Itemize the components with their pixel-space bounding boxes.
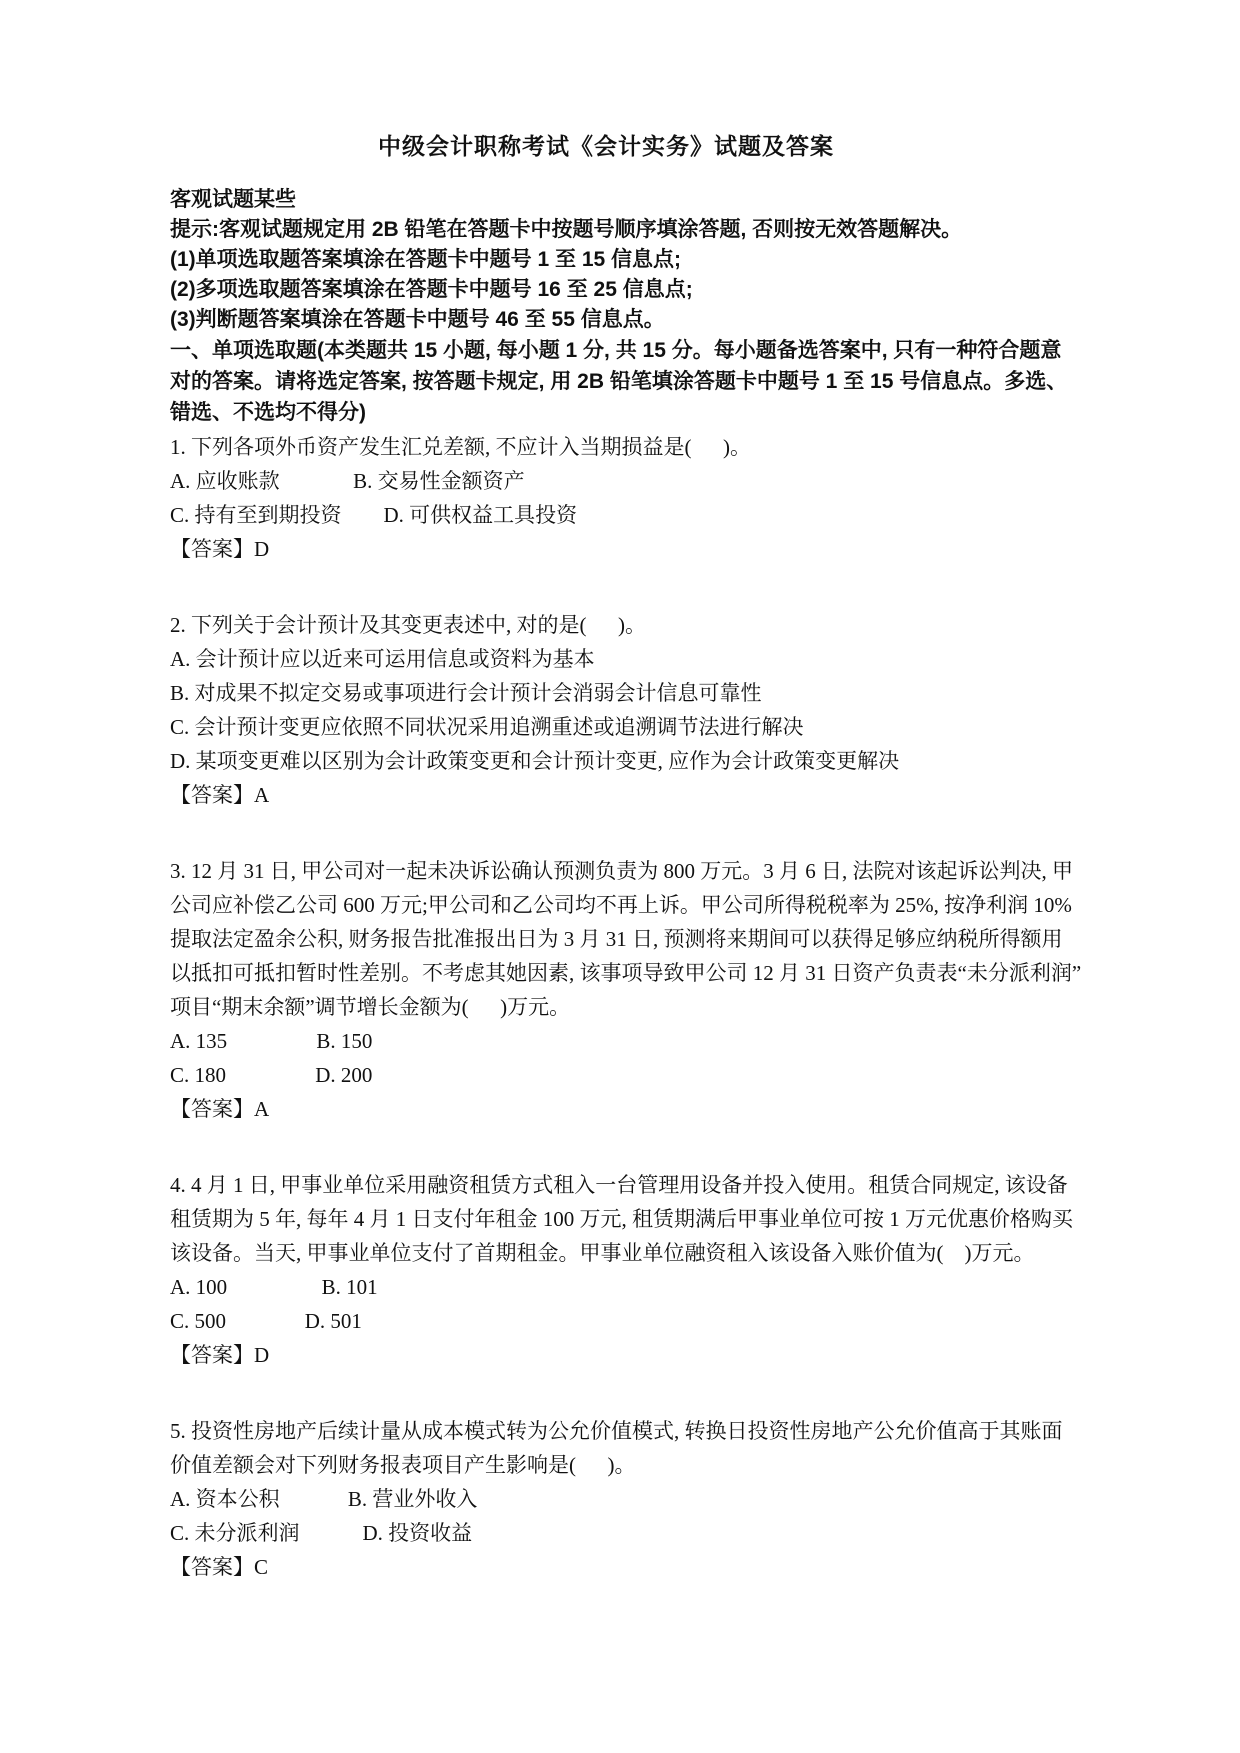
answer-label: 【答案】 — [170, 1555, 254, 1579]
answer-value: A — [254, 783, 269, 807]
answer-line: 【答案】D — [170, 532, 1082, 566]
option-row: C. 500 D. 501 — [170, 1304, 1082, 1338]
answer-label: 【答案】 — [170, 537, 254, 561]
answer-line: 【答案】A — [170, 778, 1082, 812]
question-stem: 4. 4 月 1 日, 甲事业单位采用融资租赁方式租入一台管理用设备并投入使用。… — [170, 1168, 1082, 1270]
instruction-line-multi-choice: (2)多项选取题答案填涂在答题卡中题号 16 至 25 信息点; — [170, 275, 1082, 305]
part-one-heading: 一、单项选取题(本类题共 15 小题, 每小题 1 分, 共 15 分。每小题备… — [170, 335, 1082, 428]
option-row: D. 某项变更难以区别为会计政策变更和会计预计变更, 应作为会计政策变更解决 — [170, 744, 1082, 778]
option-row: C. 未分派利润 D. 投资收益 — [170, 1516, 1082, 1550]
option-row: C. 180 D. 200 — [170, 1058, 1082, 1092]
option-row: A. 应收账款 B. 交易性金额资产 — [170, 464, 1082, 498]
option-row: A. 100 B. 101 — [170, 1270, 1082, 1304]
option-row: C. 持有至到期投资 D. 可供权益工具投资 — [170, 498, 1082, 532]
question-block-4: 4. 4 月 1 日, 甲事业单位采用融资租赁方式租入一台管理用设备并投入使用。… — [170, 1168, 1082, 1372]
answer-line: 【答案】D — [170, 1338, 1082, 1372]
answer-line: 【答案】A — [170, 1092, 1082, 1126]
option-row: B. 对成果不拟定交易或事项进行会计预计会消弱会计信息可靠性 — [170, 676, 1082, 710]
option-row: A. 资本公积 B. 营业外收入 — [170, 1482, 1082, 1516]
notice-line: 提示:客观试题规定用 2B 铅笔在答题卡中按题号顺序填涂答题, 否则按无效答题解… — [170, 215, 1082, 245]
instruction-line-single-choice: (1)单项选取题答案填涂在答题卡中题号 1 至 15 信息点; — [170, 245, 1082, 275]
question-stem: 3. 12 月 31 日, 甲公司对一起未决诉讼确认预测负责为 800 万元。3… — [170, 854, 1082, 1024]
answer-value: A — [254, 1097, 269, 1121]
answer-line: 【答案】C — [170, 1550, 1082, 1584]
instruction-line-judgment: (3)判断题答案填涂在答题卡中题号 46 至 55 信息点。 — [170, 305, 1082, 335]
answer-label: 【答案】 — [170, 1343, 254, 1367]
question-stem: 5. 投资性房地产后续计量从成本模式转为公允价值模式, 转换日投资性房地产公允价… — [170, 1414, 1082, 1482]
answer-value: D — [254, 1343, 269, 1367]
answer-value: C — [254, 1555, 268, 1579]
question-block-1: 1. 下列各项外币资产发生汇兑差额, 不应计入当期损益是( )。 A. 应收账款… — [170, 430, 1082, 566]
option-row: A. 会计预计应以近来可运用信息或资料为基本 — [170, 642, 1082, 676]
option-row: C. 会计预计变更应依照不同状况采用追溯重述或追溯调节法进行解决 — [170, 710, 1082, 744]
question-block-5: 5. 投资性房地产后续计量从成本模式转为公允价值模式, 转换日投资性房地产公允价… — [170, 1414, 1082, 1584]
section-heading: 客观试题某些 — [170, 185, 1082, 215]
question-stem: 1. 下列各项外币资产发生汇兑差额, 不应计入当期损益是( )。 — [170, 430, 1082, 464]
question-block-2: 2. 下列关于会计预计及其变更表述中, 对的是( )。 A. 会计预计应以近来可… — [170, 608, 1082, 812]
answer-label: 【答案】 — [170, 783, 254, 807]
question-stem: 2. 下列关于会计预计及其变更表述中, 对的是( )。 — [170, 608, 1082, 642]
question-block-3: 3. 12 月 31 日, 甲公司对一起未决诉讼确认预测负责为 800 万元。3… — [170, 854, 1082, 1126]
exam-document-page: 中级会计职称考试《会计实务》试题及答案 客观试题某些 提示:客观试题规定用 2B… — [0, 0, 1240, 1753]
option-row: A. 135 B. 150 — [170, 1024, 1082, 1058]
answer-label: 【答案】 — [170, 1097, 254, 1121]
document-title: 中级会计职称考试《会计实务》试题及答案 — [170, 128, 1042, 161]
answer-value: D — [254, 537, 269, 561]
